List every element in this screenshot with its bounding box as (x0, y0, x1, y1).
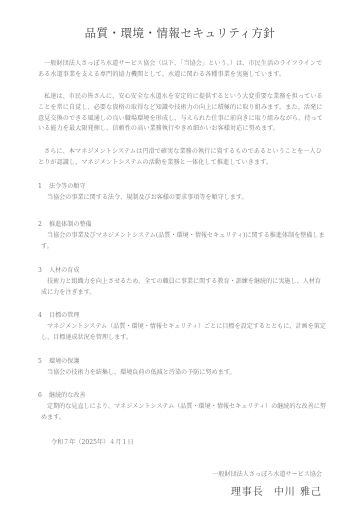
signer-title: 理事長 (231, 487, 264, 498)
signer: 理事長中川 雅己 (231, 483, 322, 498)
organization-name: 一般財団法人さっぽろ水道サービス協会 (212, 469, 322, 478)
item-body-text: 当協会の事業に関する法令、規制及びお客様の要求事項等を順守します。 (47, 194, 248, 201)
item-number: 4 (38, 312, 49, 319)
item-heading: 環境の保護 (49, 358, 79, 365)
item-number: 6 (38, 392, 49, 399)
policy-item-1-heading: 1法令等の順守 (38, 181, 86, 190)
policy-item-3-body: 技術力と組織力を向上させるため、全ての職員に事業に関する教育・訓練を継続的に実施… (41, 277, 326, 299)
policy-item-2-heading: 2推進体制の整備 (38, 219, 92, 228)
item-heading: 法令等の順守 (49, 183, 86, 190)
intro-paragraph-2: 私達は、市民の皆さんに、安心安全な水道水を安定的に提供するという大変重要な業務を… (38, 92, 323, 135)
item-number: 1 (38, 183, 49, 190)
item-heading: 継続的な改善 (49, 392, 86, 399)
policy-item-3-heading: 3人材の育成 (38, 265, 79, 274)
policy-item-4-heading: 4目標の管理 (38, 310, 79, 319)
policy-item-5-heading: 5環境の保護 (38, 356, 79, 365)
policy-item-4-body: マネジメントシステム（品質・環境・情報セキュリティ）ごとに目標を設定するとともに… (41, 322, 326, 344)
item-body-text: 当協会の事業及びマネジメントシステム(品質・環境・情報セキュリティ)に関する推進… (41, 232, 325, 250)
issue-date: 令和７年（2025年）４月１日 (51, 437, 134, 446)
intro-text-2: 私達は、市民の皆さんに、安心安全な水道水を安定的に提供するという大変重要な業務を… (38, 93, 323, 132)
policy-item-5-body: 当協会の技術力を結集し、環境負荷の低減と汚染の予防に努めます。 (41, 368, 326, 379)
signer-name: 中川 雅己 (274, 487, 322, 498)
intro-text-1: 一般財団法人さっぽろ水道サービス協会（以下、「当協会」という。）は、市民生活のラ… (38, 60, 322, 78)
intro-text-3: さらに、本マネジメントシステムは円滑で確実な業務の執行に資するものであるというこ… (38, 148, 322, 166)
item-number: 3 (38, 267, 49, 274)
policy-item-6-heading: 6継続的な改善 (38, 390, 86, 399)
policy-item-1-body: 当協会の事業に関する法令、規制及びお客様の要求事項等を順守します。 (41, 193, 326, 204)
item-body-text: 技術力と組織力を向上させるため、全ての職員に事業に関する教育・訓練を継続的に実施… (41, 278, 321, 296)
item-body-text: 当協会の技術力を結集し、環境負荷の低減と汚染の予防に努めます。 (47, 369, 235, 376)
item-number: 2 (38, 221, 49, 228)
intro-paragraph-3: さらに、本マネジメントシステムは円滑で確実な業務の執行に資するものであるというこ… (38, 147, 323, 169)
item-body-text: マネジメントシステム（品質・環境・情報セキュリティ）ごとに目標を設定するとともに… (41, 323, 326, 341)
document-title: 品質・環境・情報セキュリティ方針 (0, 25, 360, 41)
item-body-text: 定期的な見直しにより、マネジメントシステム（品質・環境・情報セキュリティ）の継続… (41, 403, 326, 421)
item-heading: 目標の管理 (49, 312, 79, 319)
intro-paragraph-1: 一般財団法人さっぽろ水道サービス協会（以下、「当協会」という。）は、市民生活のラ… (38, 59, 323, 81)
item-heading: 人材の育成 (49, 267, 79, 274)
policy-item-2-body: 当協会の事業及びマネジメントシステム(品質・環境・情報セキュリティ)に関する推進… (41, 231, 326, 253)
item-heading: 推進体制の整備 (49, 221, 92, 228)
item-number: 5 (38, 358, 49, 365)
policy-item-6-body: 定期的な見直しにより、マネジメントシステム（品質・環境・情報セキュリティ）の継続… (41, 402, 326, 424)
